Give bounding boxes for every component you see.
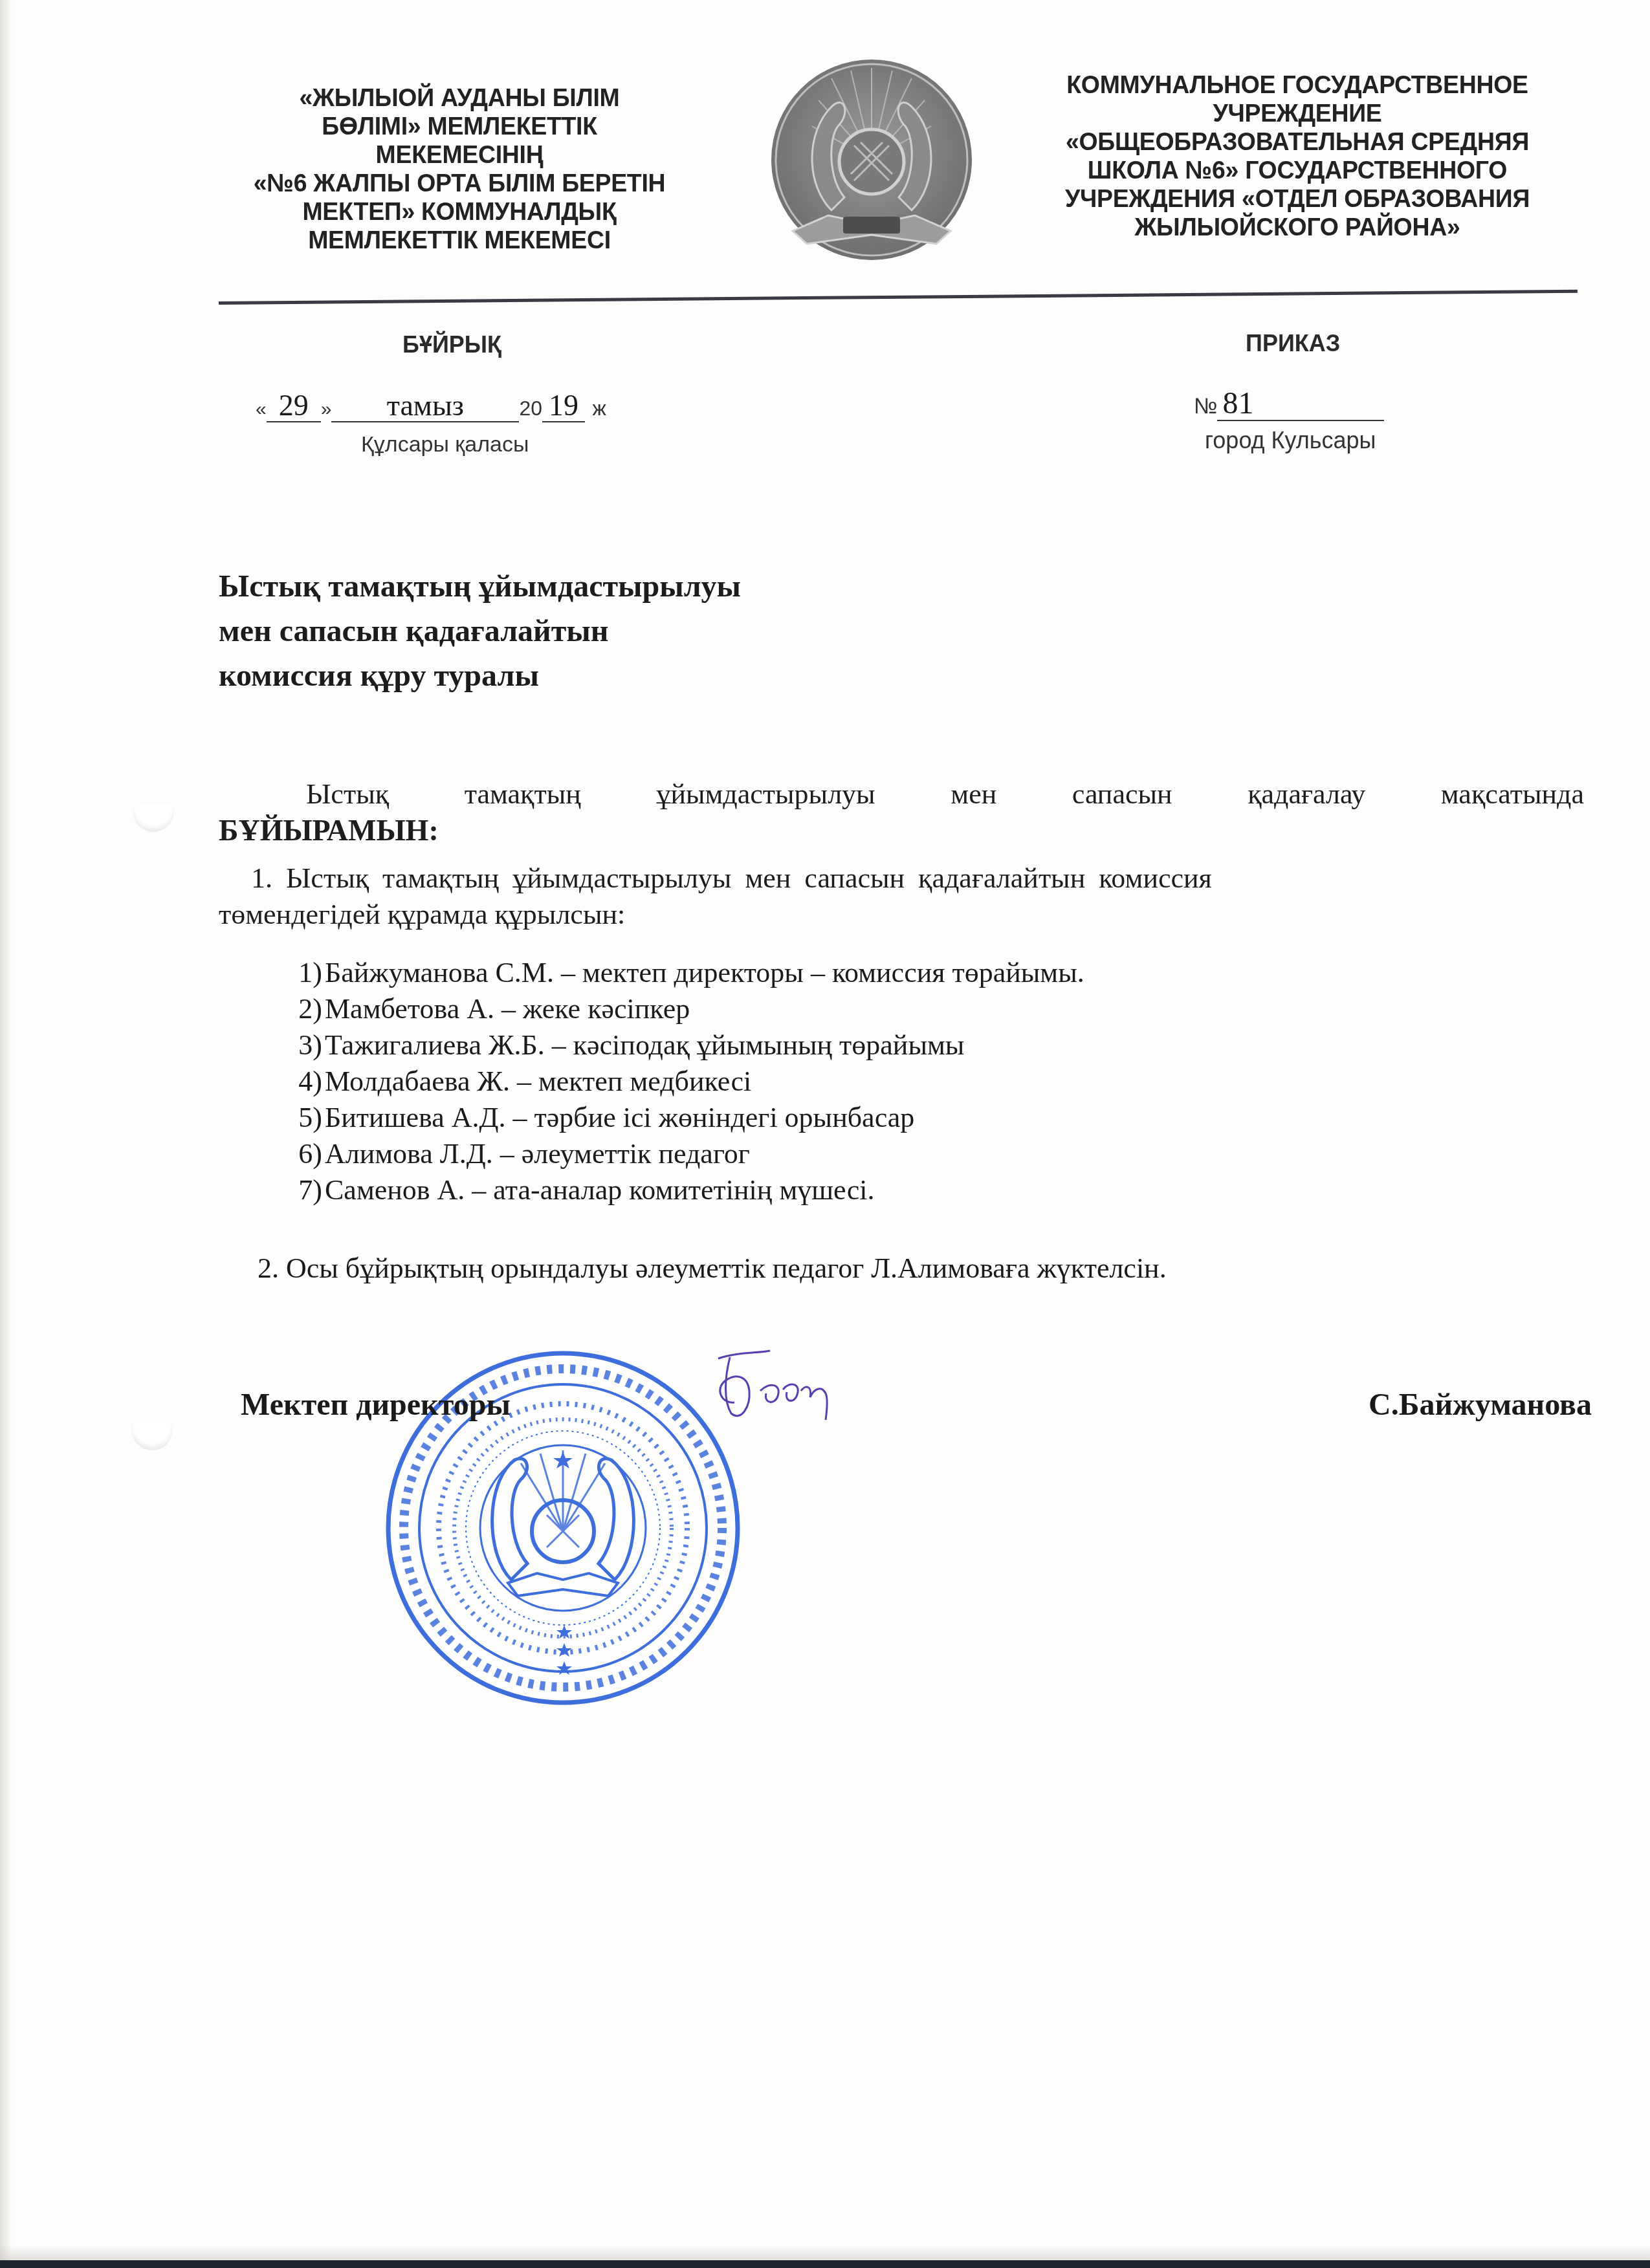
- date-year-prefix: 20: [519, 397, 542, 420]
- header-org-ru: КОММУНАЛЬНОЕ ГОСУДАРСТВЕННОЕ УЧРЕЖДЕНИЕ …: [1027, 71, 1567, 242]
- title-line: Ыстық тамақтың ұйымдастырылуы: [219, 564, 741, 609]
- header-org-ru-line: УЧРЕЖДЕНИЕ: [1027, 100, 1567, 128]
- list-item: 6)Алимова Л.Д. – әлеуметтік педагог: [285, 1136, 1084, 1172]
- order-date: «29»тамыз2019 ж: [256, 388, 606, 422]
- list-item: 3)Тажигалиева Ж.Б. – кәсіподақ ұйымының …: [285, 1027, 1084, 1063]
- signatory-title: Мектеп директоры: [241, 1387, 511, 1423]
- date-month: тамыз: [331, 390, 519, 422]
- date-close-quote: »: [321, 398, 332, 420]
- header-org-kz-line: БӨЛІМІ» МЕМЛЕКЕТТІК: [223, 113, 696, 141]
- number-sign: №: [1194, 394, 1217, 419]
- list-item: 7)Саменов А. – ата-аналар комитетінің мү…: [285, 1172, 1084, 1208]
- header-org-ru-line: «ОБЩЕОБРАЗОВАТЕЛЬНАЯ СРЕДНЯЯ: [1027, 128, 1567, 157]
- date-open-quote: «: [256, 398, 267, 420]
- handwritten-signature-icon: [699, 1346, 841, 1423]
- list-item: 2)Мамбетова А. – жеке кәсіпкер: [285, 991, 1084, 1027]
- header-org-kz-line: «№6 ЖАЛПЫ ОРТА БІЛІМ БЕРЕТІН: [223, 169, 696, 198]
- order-item-1: 1. Ыстық тамақтың ұйымдастырылуы мен сап…: [219, 860, 1584, 933]
- header-divider: [219, 290, 1578, 305]
- header-org-ru-line: ЖЫЛЫОЙСКОГО РАЙОНА»: [1027, 213, 1567, 242]
- city-ru: город Кульсары: [1205, 427, 1376, 454]
- document-title: Ыстық тамақтың ұйымдастырылуы мен сапасы…: [219, 564, 741, 698]
- header-org-ru-line: УЧРЕЖДЕНИЯ «ОТДЕЛ ОБРАЗОВАНИЯ: [1027, 185, 1567, 213]
- signatory-name: С.Байжуманова: [1369, 1387, 1592, 1423]
- scan-bottom-shadow: [0, 2245, 1650, 2260]
- order-item-2: 2. Осы бұйрықтың орындалуы әлеуметтік пе…: [258, 1252, 1167, 1285]
- item1-line1: 1. Ыстық тамақтың ұйымдастырылуы мен сап…: [219, 860, 1584, 897]
- hole-punch-mark: [131, 1409, 173, 1450]
- header-org-kz: «ЖЫЛЫОЙ АУДАНЫ БІЛІМ БӨЛІМІ» МЕМЛЕКЕТТІК…: [223, 84, 696, 255]
- hole-punch-mark: [133, 791, 174, 832]
- order-label-kz: БҰЙРЫҚ: [402, 331, 501, 358]
- item1-line2: төмендегідей құрамда құрылсын:: [219, 897, 1584, 933]
- header-org-kz-line: МЕМЛЕКЕТТІК МЕКЕМЕСІ: [223, 226, 696, 255]
- intro-text: Ыстық тамақтың ұйымдастырылуы мен сапасы…: [219, 776, 1584, 812]
- list-item: 4)Молдабаева Ж. – мектеп медбикесі: [285, 1063, 1084, 1100]
- header-org-ru-line: ШКОЛА №6» ГОСУДАРСТВЕННОГО: [1027, 157, 1567, 185]
- order-number-value: 81: [1217, 387, 1384, 421]
- state-emblem-icon: [767, 55, 977, 265]
- list-item: 5)Битишева А.Д. – тәрбие ісі жөніндегі о…: [285, 1100, 1084, 1136]
- order-label-ru: ПРИКАЗ: [1246, 330, 1340, 357]
- date-year-unit: ж: [592, 397, 606, 420]
- order-number: №81: [1194, 386, 1384, 421]
- header-org-kz-line: МЕКЕМЕСІНІҢ: [223, 141, 696, 169]
- date-day: 29: [267, 390, 321, 422]
- list-item: 1)Байжуманова С.М. – мектеп директоры – …: [285, 955, 1084, 991]
- title-line: мен сапасын қадағалайтын: [219, 609, 741, 653]
- command-word: БҰЙЫРАМЫН:: [219, 812, 1584, 849]
- header-org-kz-line: «ЖЫЛЫОЙ АУДАНЫ БІЛІМ: [223, 84, 696, 113]
- intro-paragraph: Ыстық тамақтың ұйымдастырылуы мен сапасы…: [219, 776, 1584, 849]
- commission-members-list: 1)Байжуманова С.М. – мектеп директоры – …: [285, 955, 1084, 1208]
- header-org-ru-line: КОММУНАЛЬНОЕ ГОСУДАРСТВЕННОЕ: [1027, 71, 1567, 100]
- date-year-suffix: 19: [542, 390, 585, 422]
- scan-bottom-edge: [0, 2260, 1650, 2268]
- scan-left-shadow: [0, 0, 12, 2260]
- city-kz: Құлсары қаласы: [361, 432, 529, 457]
- header-org-kz-line: МЕКТЕП» КОММУНАЛДЫҚ: [223, 198, 696, 226]
- title-line: комиссия құру туралы: [219, 653, 741, 698]
